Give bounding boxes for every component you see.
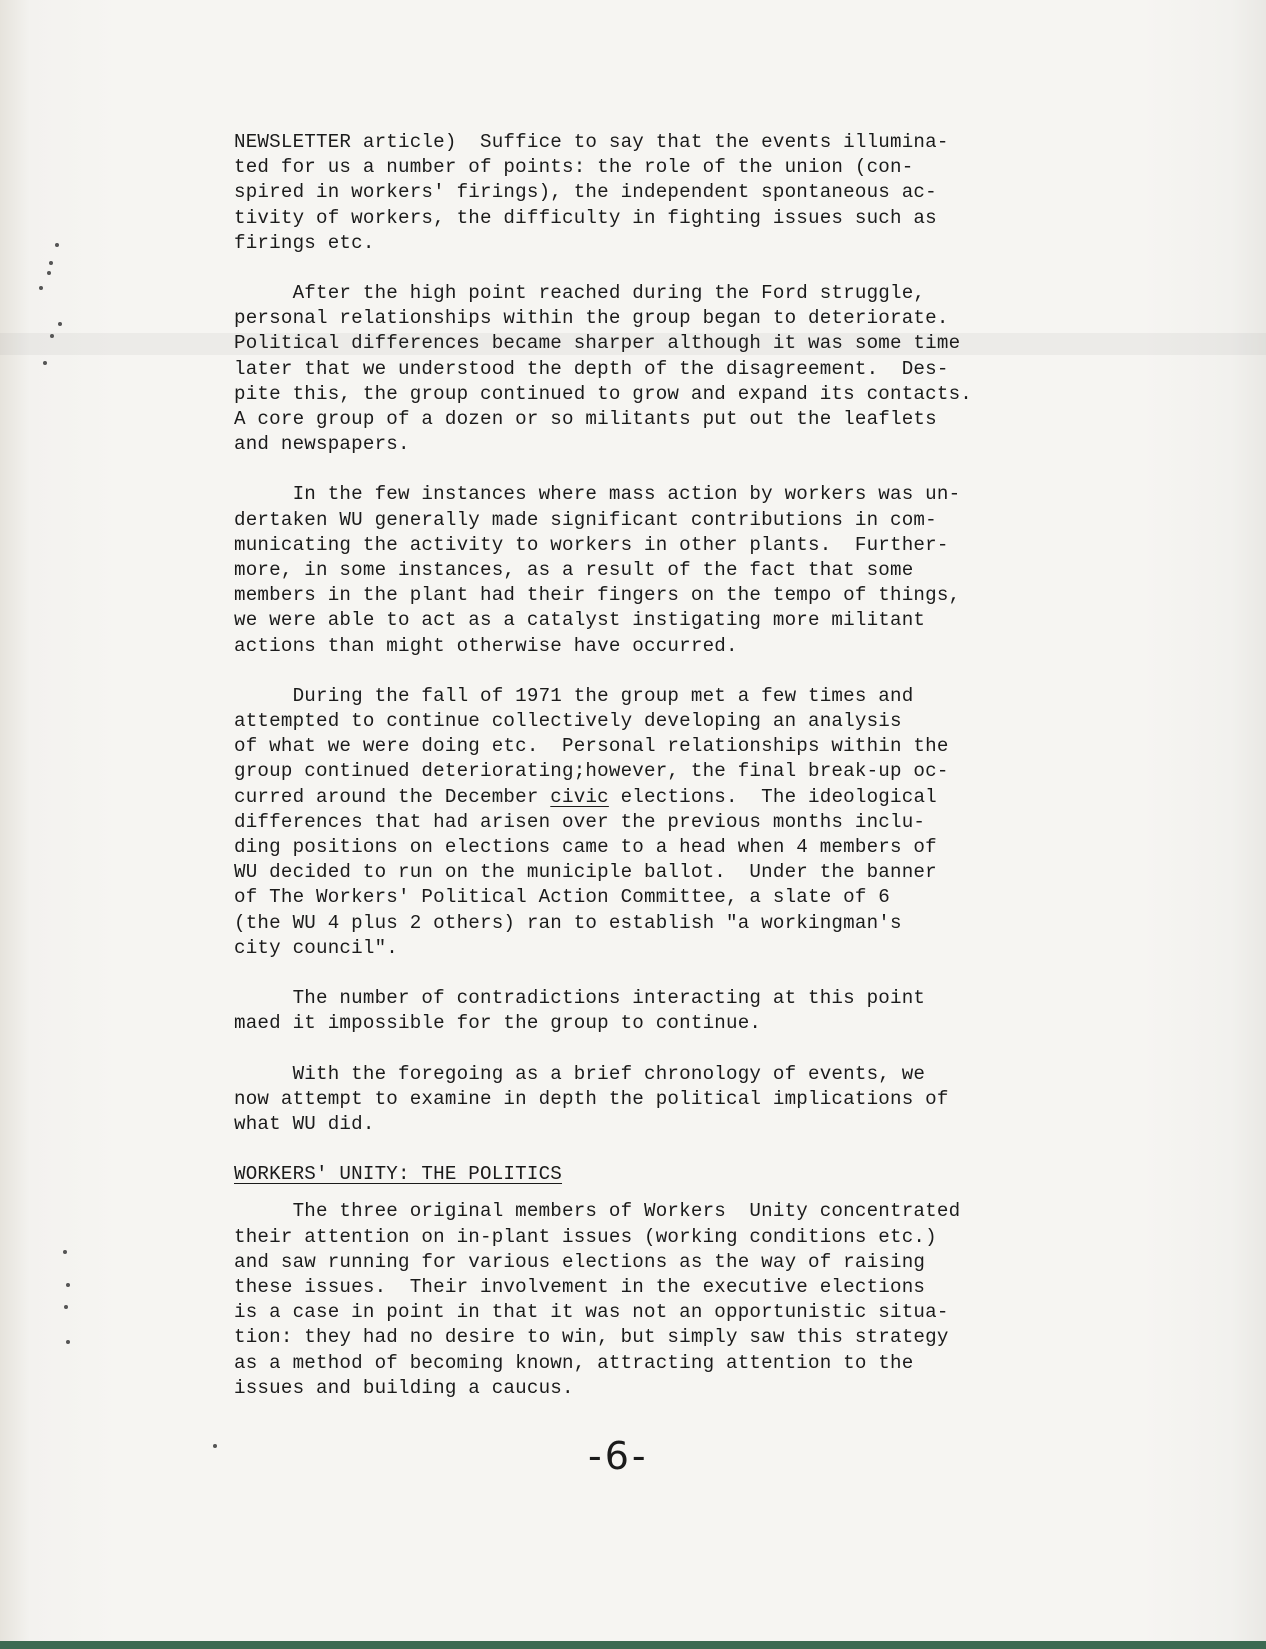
section-paragraph-group: The three original members of Workers Un… — [234, 1199, 1054, 1401]
text-line: city council". — [234, 936, 1054, 961]
text-line: NEWSLETTER article) Suffice to say that … — [234, 130, 1054, 155]
text-line: these issues. Their involvement in the e… — [234, 1275, 1054, 1300]
paragraph: With the foregoing as a brief chronology… — [234, 1062, 1054, 1138]
punch-mark — [64, 1305, 68, 1309]
text-line: curred around the December civic electio… — [234, 785, 1054, 810]
text-line: firings etc. — [234, 231, 1054, 256]
punch-mark — [47, 271, 51, 275]
punch-mark — [66, 1283, 70, 1287]
text-line: attempted to continue collectively devel… — [234, 709, 1054, 734]
text-line: differences that had arisen over the pre… — [234, 810, 1054, 835]
text-line: A core group of a dozen or so militants … — [234, 407, 1054, 432]
paragraph-group: NEWSLETTER article) Suffice to say that … — [234, 130, 1054, 1137]
punch-mark — [63, 1250, 67, 1254]
punch-mark — [213, 1444, 217, 1448]
text-line: their attention on in-plant issues (work… — [234, 1225, 1054, 1250]
text-line: ding positions on elections came to a he… — [234, 835, 1054, 860]
text-line: we were able to act as a catalyst instig… — [234, 608, 1054, 633]
text-line: personal relationships within the group … — [234, 306, 1054, 331]
paragraph: During the fall of 1971 the group met a … — [234, 684, 1054, 961]
punch-mark — [55, 243, 59, 247]
section-heading: WORKERS' UNITY: THE POLITICS — [234, 1162, 562, 1187]
punch-mark — [66, 1340, 70, 1344]
punch-mark — [58, 322, 62, 326]
text-line: During the fall of 1971 the group met a … — [234, 684, 1054, 709]
text-line: dertaken WU generally made significant c… — [234, 508, 1054, 533]
page-number: -6- — [588, 1434, 649, 1478]
punch-mark — [50, 334, 54, 338]
text-line: and saw running for various elections as… — [234, 1250, 1054, 1275]
text-line: later that we understood the depth of th… — [234, 357, 1054, 382]
text-line: group continued deteriorating;however, t… — [234, 759, 1054, 784]
text-line: maed it impossible for the group to cont… — [234, 1011, 1054, 1036]
text-line: as a method of becoming known, attractin… — [234, 1351, 1054, 1376]
text-line: The three original members of Workers Un… — [234, 1199, 1054, 1224]
paragraph: NEWSLETTER article) Suffice to say that … — [234, 130, 1054, 256]
paragraph: After the high point reached during the … — [234, 281, 1054, 457]
text-line: of The Workers' Political Action Committ… — [234, 885, 1054, 910]
text-line: spired in workers' firings), the indepen… — [234, 180, 1054, 205]
text-line: what WU did. — [234, 1112, 1054, 1137]
paragraph: The number of contradictions interacting… — [234, 986, 1054, 1036]
text-line: municating the activity to workers in ot… — [234, 533, 1054, 558]
text-line: pite this, the group continued to grow a… — [234, 382, 1054, 407]
text-line: is a case in point in that it was not an… — [234, 1300, 1054, 1325]
punch-mark — [39, 286, 43, 290]
text-line: tion: they had no desire to win, but sim… — [234, 1325, 1054, 1350]
text-line: In the few instances where mass action b… — [234, 482, 1054, 507]
text-line: more, in some instances, as a result of … — [234, 558, 1054, 583]
text-line: now attempt to examine in depth the poli… — [234, 1087, 1054, 1112]
text-line: Political differences became sharper alt… — [234, 331, 1054, 356]
text-line: ted for us a number of points: the role … — [234, 155, 1054, 180]
punch-mark — [43, 361, 47, 365]
text-line: members in the plant had their fingers o… — [234, 583, 1054, 608]
text-line: WU decided to run on the municiple ballo… — [234, 860, 1054, 885]
text-line: With the foregoing as a brief chronology… — [234, 1062, 1054, 1087]
punch-mark — [49, 261, 53, 265]
text-line: After the high point reached during the … — [234, 281, 1054, 306]
paragraph: The three original members of Workers Un… — [234, 1199, 1054, 1401]
text-line: The number of contradictions interacting… — [234, 986, 1054, 1011]
document-body: NEWSLETTER article) Suffice to say that … — [234, 130, 1054, 1426]
text-line: actions than might otherwise have occurr… — [234, 634, 1054, 659]
text-line: issues and building a caucus. — [234, 1376, 1054, 1401]
underlined-word: civic — [550, 786, 609, 808]
text-line: of what we were doing etc. Personal rela… — [234, 734, 1054, 759]
scanned-page: NEWSLETTER article) Suffice to say that … — [0, 0, 1266, 1649]
text-line: and newspapers. — [234, 432, 1054, 457]
paragraph: In the few instances where mass action b… — [234, 482, 1054, 658]
text-line: tivity of workers, the difficulty in fig… — [234, 206, 1054, 231]
scan-bottom-edge — [0, 1641, 1266, 1649]
text-line: (the WU 4 plus 2 others) ran to establis… — [234, 911, 1054, 936]
